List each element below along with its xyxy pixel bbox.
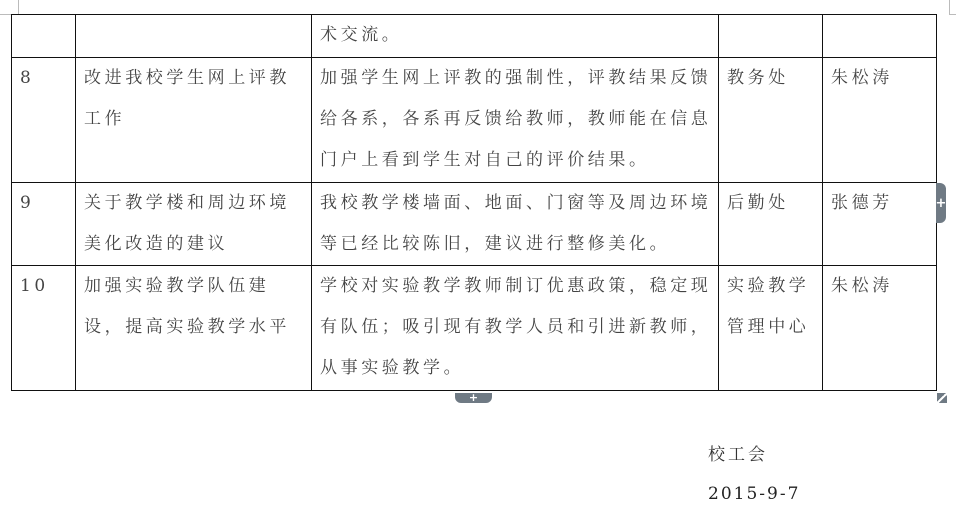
cell-content[interactable]: 加强学生网上评教的强制性，评教结果反馈给各系，各系再反馈给教师，教师能在信息门户…	[312, 58, 719, 183]
cell-title[interactable]: 关于教学楼和周边环境美化改造的建议	[76, 183, 312, 266]
page-margin-corner-right	[949, 0, 956, 15]
cell-content[interactable]: 术交流。	[312, 15, 719, 58]
cell-person[interactable]: 张德芳	[823, 183, 937, 266]
cell-department[interactable]: 后勤处	[719, 183, 823, 266]
cell-number[interactable]: 8	[12, 58, 76, 183]
cell-number[interactable]: 10	[12, 266, 76, 391]
cell-department[interactable]: 实验教学管理中心	[719, 266, 823, 391]
cell-person[interactable]	[823, 15, 937, 58]
signature-organization: 校工会	[708, 440, 768, 465]
table-row: 8 改进我校学生网上评教工作 加强学生网上评教的强制性，评教结果反馈给各系，各系…	[12, 58, 937, 183]
cell-title[interactable]: 加强实验教学队伍建设，提高实验教学水平	[76, 266, 312, 391]
cell-number[interactable]	[12, 15, 76, 58]
cell-content[interactable]: 学校对实验教学教师制订优惠政策，稳定现有队伍；吸引现有教学人员和引进新教师，从事…	[312, 266, 719, 391]
cell-person[interactable]: 朱松涛	[823, 266, 937, 391]
cell-content[interactable]: 我校教学楼墙面、地面、门窗等及周边环境等已经比较陈旧，建议进行整修美化。	[312, 183, 719, 266]
table-row: 9 关于教学楼和周边环境美化改造的建议 我校教学楼墙面、地面、门窗等及周边环境等…	[12, 183, 937, 266]
proposal-table: 术交流。 8 改进我校学生网上评教工作 加强学生网上评教的强制性，评教结果反馈给…	[11, 14, 937, 391]
cell-title[interactable]: 改进我校学生网上评教工作	[76, 58, 312, 183]
plus-icon: +	[469, 391, 478, 404]
table-row: 10 加强实验教学队伍建设，提高实验教学水平 学校对实验教学教师制订优惠政策，稳…	[12, 266, 937, 391]
cell-number[interactable]: 9	[12, 183, 76, 266]
cell-department[interactable]	[719, 15, 823, 58]
table-row: 术交流。	[12, 15, 937, 58]
plus-icon: +	[936, 196, 947, 211]
add-row-button[interactable]: +	[455, 393, 492, 403]
add-column-button[interactable]: +	[936, 183, 946, 223]
cell-person[interactable]: 朱松涛	[823, 58, 937, 183]
table-resize-handle-icon[interactable]	[937, 393, 947, 403]
cell-department[interactable]: 教务处	[719, 58, 823, 183]
cell-title[interactable]	[76, 15, 312, 58]
page-margin-corner-left	[0, 0, 19, 15]
signature-date: 2015-9-7	[708, 484, 800, 504]
